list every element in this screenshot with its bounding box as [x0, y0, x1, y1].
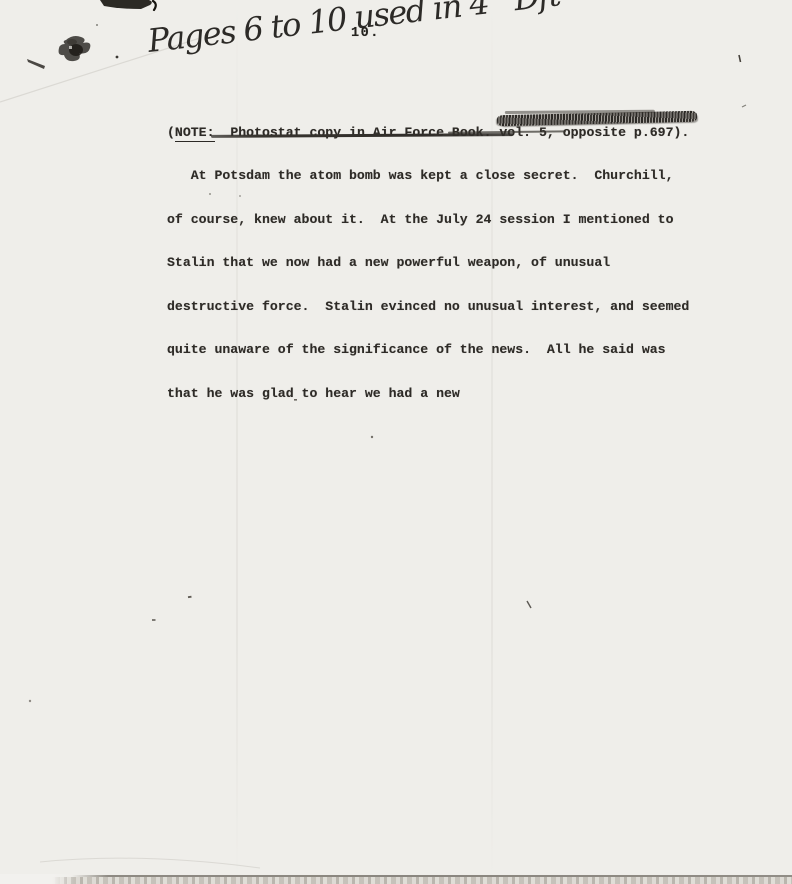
handwriting-superscript: th — [486, 0, 505, 3]
page-number: 10. — [351, 26, 380, 41]
typed-paragraph: At Potsdam the atom bomb was kept a clos… — [167, 154, 689, 415]
scan-edge-band — [0, 877, 792, 884]
note-line: (NOTE: Photostat copy in Air Force Book.… — [167, 125, 689, 140]
page-corner-lift — [0, 874, 74, 884]
note-label: NOTE: — [175, 125, 215, 142]
note-open-paren: ( — [167, 125, 175, 140]
